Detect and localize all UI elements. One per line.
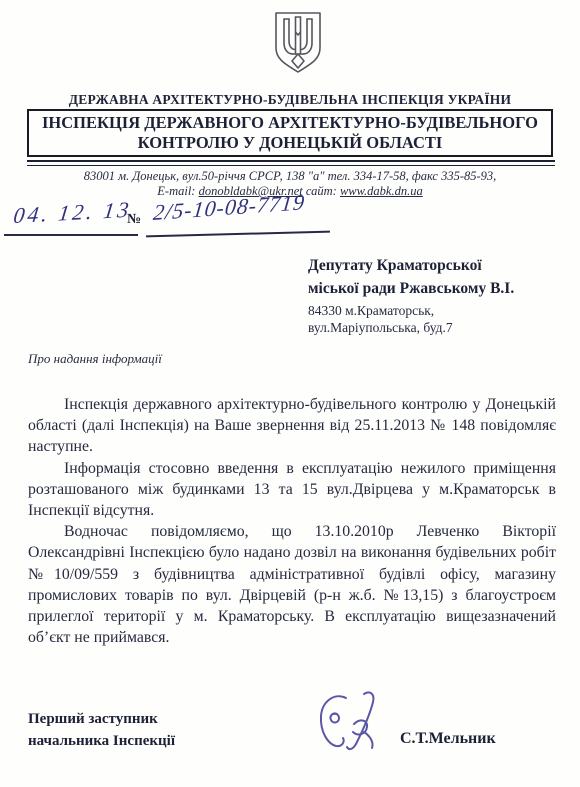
body-paragraph-2: Інформація стосовно введення в експлуата… — [28, 458, 556, 522]
handwritten-date: 04. 12. 13 — [12, 197, 133, 229]
body-paragraph-1: Інспекція державного архітектурно-будіве… — [28, 394, 556, 458]
body-paragraph-3: Водночас повідомляємо, що 13.10.2010р Ле… — [28, 521, 556, 648]
title-line-2: КОНТРОЛЮ У ДОНЕЦЬКІЙ ОБЛАСТІ — [29, 133, 551, 153]
signer-position-line-1: Перший заступник — [28, 708, 175, 730]
signer-position: Перший заступник начальника Інспекції — [28, 708, 175, 752]
signer-name: С.Т.Мельник — [400, 730, 496, 748]
recipient-block: Депутату Краматорської міської ради Ржав… — [308, 254, 514, 336]
title-line-1: ІНСПЕКЦІЯ ДЕРЖАВНОГО АРХІТЕКТУРНО-БУДІВЕ… — [29, 113, 551, 133]
recipient-line-2: міської ради Ржавському В.І. — [308, 277, 514, 300]
site-label: сайт: — [303, 184, 340, 198]
email-label: E-mail: — [157, 184, 198, 198]
scanned-letter-page: ДЕРЖАВНА АРХІТЕКТУРНО-БУДІВЕЛЬНА ІНСПЕКЦ… — [0, 0, 580, 787]
letter-body: Інспекція державного архітектурно-будіве… — [28, 394, 556, 648]
subject-line: Про надання інформації — [28, 351, 162, 367]
address-line: 83001 м. Донецьк, вул.50-річчя СРСР, 138… — [0, 169, 580, 184]
handwritten-signature — [312, 688, 384, 758]
site-url: www.dabk.dn.ua — [340, 184, 423, 198]
recipient-line-3: 84330 м.Краматорськ, — [308, 303, 514, 320]
double-rule-divider — [27, 160, 555, 166]
signer-position-line-2: начальника Інспекції — [28, 730, 175, 752]
ukraine-tryzub-icon — [268, 10, 328, 76]
recipient-line-1: Депутату Краматорської — [308, 254, 514, 277]
recipient-line-4: вул.Маріупольська, буд.7 — [308, 320, 514, 337]
agency-name: ДЕРЖАВНА АРХІТЕКТУРНО-БУДІВЕЛЬНА ІНСПЕКЦ… — [0, 92, 580, 108]
letterhead-title-box: ІНСПЕКЦІЯ ДЕРЖАВНОГО АРХІТЕКТУРНО-БУДІВЕ… — [27, 109, 553, 157]
number-sign: № — [127, 212, 141, 228]
date-underline — [4, 234, 138, 236]
number-underline — [146, 231, 330, 238]
